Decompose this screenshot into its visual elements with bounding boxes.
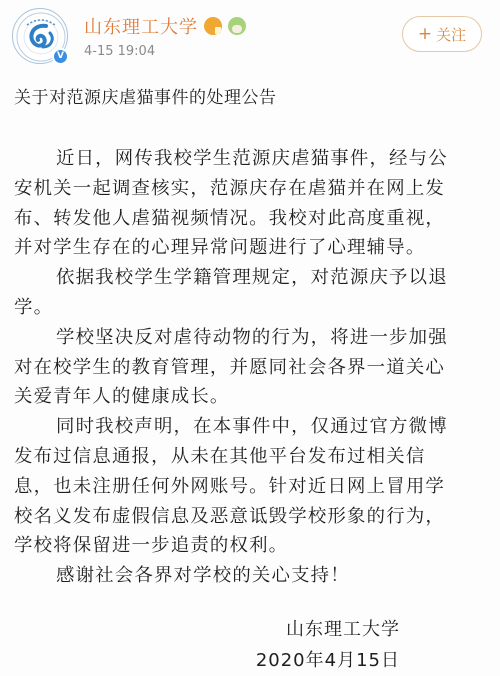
cartoon-avatar-badge-icon	[228, 17, 246, 35]
post-header: V 山东理工大学 4-15 19:04 + 关注	[0, 0, 500, 72]
body-line: 学校坚决反对虐待动物的行为，将进一步加强	[14, 323, 474, 353]
body-line: 同时我校声明，在本事件中，仅通过官方微博	[14, 412, 474, 442]
post-timestamp: 4-15 19:04	[84, 44, 155, 59]
body-line: 校名义发布虚假信息及恶意诋毁学校形象的行为，	[14, 502, 474, 532]
author-name[interactable]: 山东理工大学	[84, 13, 198, 39]
plus-icon: +	[418, 24, 432, 44]
body-line: 学校将保留进一步追责的权利。	[14, 531, 474, 561]
follow-label: 关注	[436, 24, 466, 45]
author-row: 山东理工大学	[84, 14, 246, 38]
body-line: 发布过信息通报，从未在其他平台发布过相关信	[14, 442, 474, 472]
announcement-title: 关于对范源庆虐猫事件的处理公告	[14, 83, 277, 108]
announcement-body: 近日，网传我校学生范源庆虐猫事件，经与公 安机关一起调查核实，范源庆存在虐猫并在…	[14, 144, 474, 591]
follow-button[interactable]: + 关注	[402, 16, 482, 52]
body-line: 对在校学生的教育管理，并愿同社会各界一道关心	[14, 353, 474, 383]
crown-member-badge-icon	[204, 17, 222, 35]
body-line: 近日，网传我校学生范源庆虐猫事件，经与公	[14, 144, 474, 174]
body-line: 学。	[14, 293, 474, 323]
verified-v-icon: V	[52, 48, 69, 65]
signature-date: 2020年4月15日	[200, 646, 400, 672]
body-line: 息，也未注册任何外网账号。针对近日网上冒用学	[14, 472, 474, 502]
body-line: 安机关一起调查核实，范源庆存在虐猫并在网上发	[14, 174, 474, 204]
signature: 山东理工大学	[200, 615, 400, 641]
body-line: 依据我校学生学籍管理规定，对范源庆予以退	[14, 263, 474, 293]
body-line: 关爱青年人的健康成长。	[14, 382, 474, 412]
body-line: 感谢社会各界对学校的关心支持！	[14, 561, 474, 591]
body-line: 布、转发他人虐猫视频情况。我校对此高度重视，	[14, 204, 474, 234]
body-line: 并对学生存在的心理异常问题进行了心理辅导。	[14, 233, 474, 263]
